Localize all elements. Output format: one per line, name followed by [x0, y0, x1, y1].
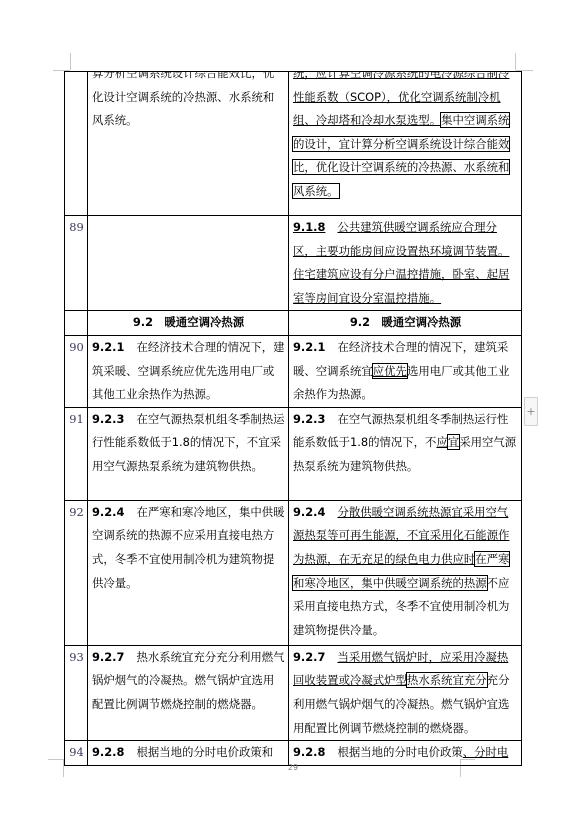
original-text-cell: 9.2.1在经济技术合理的情况下，建筑采暖、空调系统应优先选用电厂或其他工业余热…: [88, 335, 289, 407]
row-number: [65, 311, 88, 336]
comparison-table: 算分析空调系统设计综合能效比，优化设计空调系统的冷热源、水系统和风系统。 统，应…: [64, 71, 522, 766]
clause-number: 9.2.3: [293, 412, 325, 426]
table-row: 90 9.2.1在经济技术合理的情况下，建筑采暖、空调系统应优先选用电厂或其他工…: [65, 335, 522, 407]
section-title-original: 9.2 暖通空调冷热源: [88, 311, 289, 336]
table-row: 91 9.2.3在空气源热泵机组冬季制热运行性能系数低于1.8的情况下，不宜采用…: [65, 407, 522, 500]
table-row: 89 9.1.8公共建筑供暖空调系统应合理分区，主要功能房间应设置热环境调节装置…: [65, 216, 522, 311]
row-number: 93: [65, 645, 88, 740]
original-text: 根据当地的分时电价政策和: [136, 745, 273, 759]
row-number: 90: [65, 335, 88, 407]
table-row: 92 9.2.4在严寒和寒冷地区，集中供暖空调系统的热源不应采用直接电热方式，冬…: [65, 500, 522, 645]
original-text-cell: 算分析空调系统设计综合能效比，优化设计空调系统的冷热源、水系统和风系统。: [88, 72, 289, 216]
clause-number: 9.2.8: [293, 745, 325, 759]
clause-number: 9.1.8: [293, 220, 325, 234]
clause-number: 9.2.8: [92, 745, 124, 759]
clause-number: 9.2.1: [92, 340, 124, 354]
original-text-cell: 9.2.7热水系统宜充分充分利用燃气锅炉烟气的冷凝热。燃气锅炉宜选用配置比例调节…: [88, 645, 289, 740]
clause-number: 9.2.4: [92, 505, 124, 519]
clause-number: 9.2.7: [293, 650, 325, 664]
row-number: [65, 72, 88, 216]
clause-number: 9.2.3: [92, 412, 124, 426]
inserted-text: 、分时电: [463, 745, 509, 759]
row-number: 92: [65, 500, 88, 645]
deleted-text: 宜: [448, 435, 459, 449]
inserted-text: 应: [436, 435, 447, 449]
document-page: 算分析空调系统设计综合能效比，优化设计空调系统的冷热源、水系统和风系统。 统，应…: [0, 0, 586, 815]
table-row: 93 9.2.7热水系统宜充分充分利用燃气锅炉烟气的冷凝热。燃气锅炉宜选用配置比…: [65, 645, 522, 740]
crop-mark-top-right-v: [515, 53, 516, 70]
section-header-row: 9.2 暖通空调冷热源 9.2 暖通空调冷热源: [65, 311, 522, 336]
table-row: 94 9.2.8根据当地的分时电价政策和 9.2.8根据当地的分时电价政策、分时…: [65, 741, 522, 766]
original-text-cell: [88, 216, 289, 311]
add-row-button[interactable]: +: [524, 397, 538, 426]
revised-text-cell: 9.1.8公共建筑供暖空调系统应合理分区，主要功能房间应设置热环境调节装置。住宅…: [289, 216, 522, 311]
changed-text: 应优先: [373, 364, 407, 378]
row-number: 89: [65, 216, 88, 311]
table-row: 算分析空调系统设计综合能效比，优化设计空调系统的冷热源、水系统和风系统。 统，应…: [65, 72, 522, 216]
revised-text-cell: 9.2.8根据当地的分时电价政策、分时电: [289, 741, 522, 766]
crop-mark-top-left-v: [70, 53, 71, 70]
revised-text-cell: 统，应计算空调冷源系统的电冷源综合制冷性能系数（SCOP），优化空调系统制冷机组…: [289, 72, 522, 216]
original-text-cell: 9.2.8根据当地的分时电价政策和: [88, 741, 289, 766]
clause-number: 9.2.7: [92, 650, 124, 664]
page-number: 29: [0, 763, 586, 772]
row-number: 91: [65, 407, 88, 500]
deleted-text: 热水系统宜充分: [407, 673, 487, 687]
row-number: 94: [65, 741, 88, 766]
original-text-cell: 9.2.4在严寒和寒冷地区，集中供暖空调系统的热源不应采用直接电热方式，冬季不宜…: [88, 500, 289, 645]
clause-number: 9.2.1: [293, 340, 325, 354]
section-title-revised: 9.2 暖通空调冷热源: [289, 311, 522, 336]
revised-text-cell: 9.2.1在经济技术合理的情况下，建筑采暖、空调系统宜应优先选用电厂或其他工业余…: [289, 335, 522, 407]
original-text: 算分析空调系统设计综合能效比，优化设计空调系统的冷热源、水系统和风系统。: [92, 72, 285, 133]
revised-text-cell: 9.2.3在空气源热泵机组冬季制热运行性能系数低于1.8的情况下，不应宜采用空气…: [289, 407, 522, 500]
revised-text: 根据当地的分时电价政策: [337, 745, 462, 759]
revised-text-cell: 9.2.7当采用燃气锅炉时，应采用冷凝热回收装置或冷凝式炉型热水系统宜充分充分利…: [289, 645, 522, 740]
revised-text-cell: 9.2.4分散供暖空调系统热源宜采用空气源热泵等可再生能源，不宜采用化石能源作为…: [289, 500, 522, 645]
crop-mark-bottom-left-h: [48, 759, 63, 760]
clause-number: 9.2.4: [293, 505, 325, 519]
inserted-text: 公共建筑供暖空调系统应合理分区，主要功能房间应设置热环境调节装置。住宅建筑应设有…: [293, 220, 509, 305]
original-text-cell: 9.2.3在空气源热泵机组冬季制热运行性能系数低于1.8的情况下，不宜采用空气源…: [88, 407, 289, 500]
